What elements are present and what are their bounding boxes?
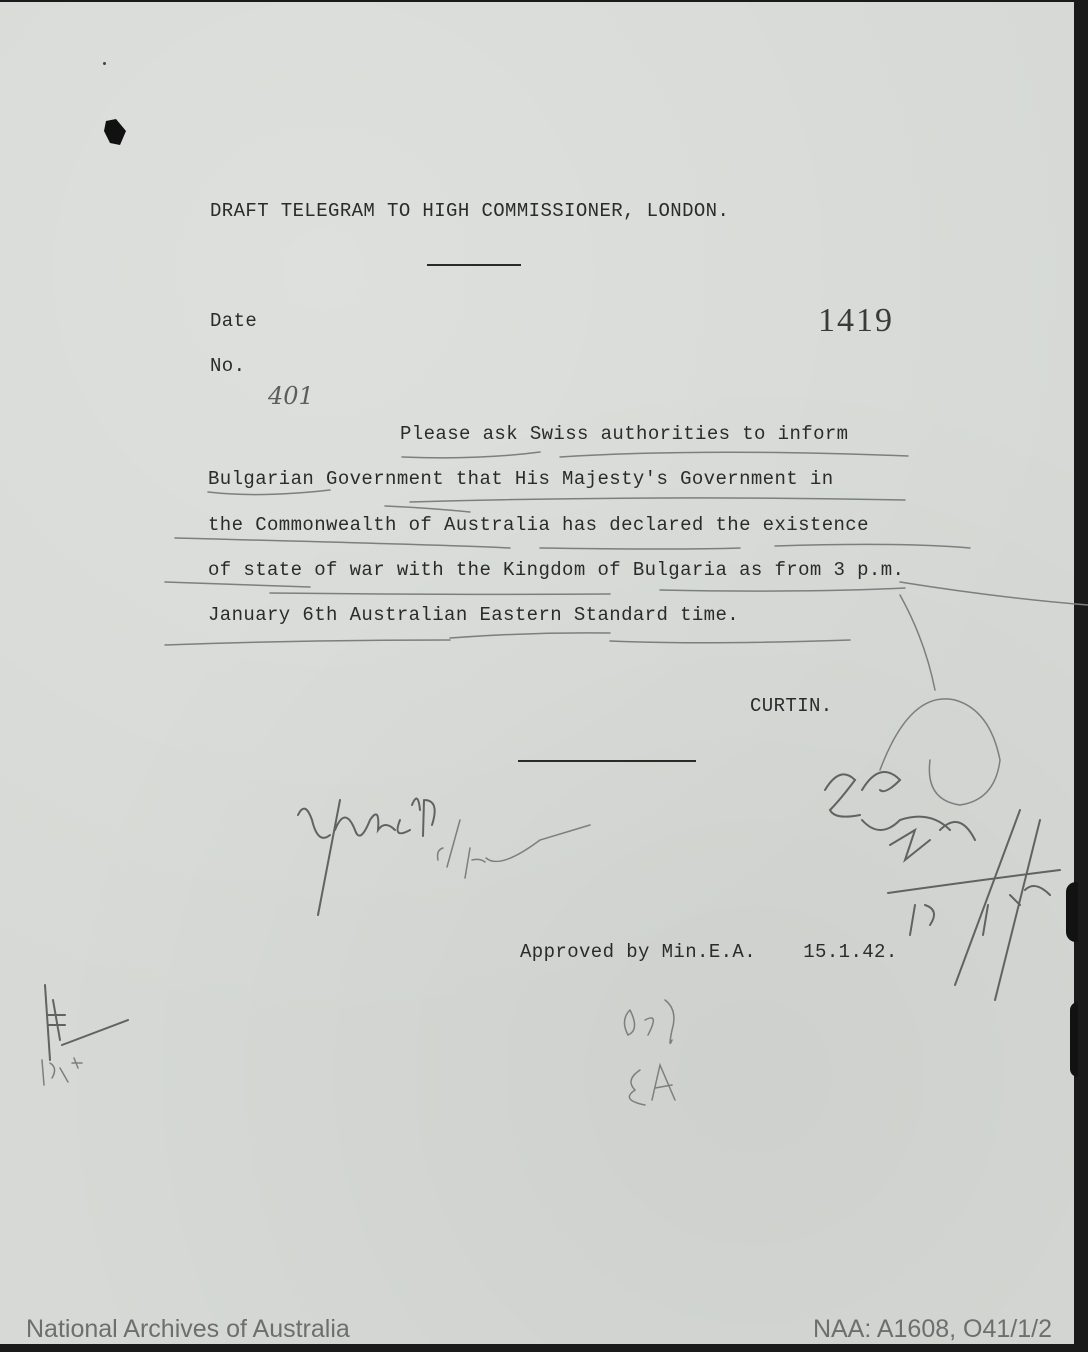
approval-line: Approved by Min.E.A. 15.1.42. (520, 941, 898, 963)
body-line: the Commonwealth of Australia has declar… (208, 514, 869, 536)
archive-name: National Archives of Australia (26, 1315, 350, 1344)
handwritten-number: 401 (268, 382, 314, 410)
body-line: of state of war with the Kingdom of Bulg… (208, 559, 904, 581)
paper-tear (1066, 882, 1078, 942)
paper-speck (103, 62, 106, 65)
body-line: Bulgarian Government that His Majesty's … (208, 468, 834, 490)
document-page: DRAFT TELEGRAM TO HIGH COMMISSIONER, LON… (0, 2, 1078, 1344)
document-heading: DRAFT TELEGRAM TO HIGH COMMISSIONER, LON… (210, 200, 729, 222)
body-line: January 6th Australian Eastern Standard … (208, 604, 739, 626)
page-edge (1074, 2, 1088, 1344)
paper-tear (1070, 1002, 1078, 1077)
number-label: No. (210, 355, 245, 377)
signature: CURTIN. (750, 695, 833, 717)
punch-hole-icon (100, 117, 128, 147)
body-line: Please ask Swiss authorities to inform (400, 423, 848, 445)
divider (518, 760, 696, 762)
archive-citation: NAA: A1608, O41/1/2 (813, 1315, 1052, 1344)
stamp-number: 1419 (818, 302, 894, 340)
date-label: Date (210, 310, 257, 332)
divider (427, 264, 521, 266)
